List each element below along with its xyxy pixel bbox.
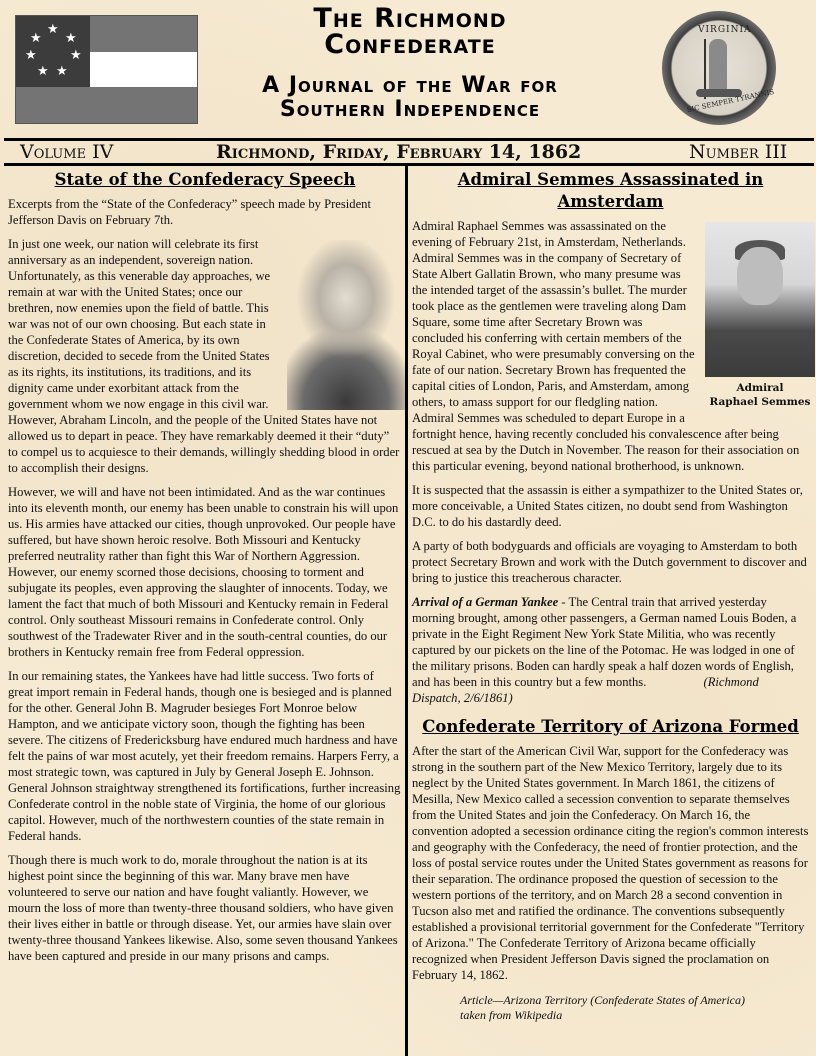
flag-canton: ★ ★ ★ ★ ★ ★ ★ (16, 16, 90, 87)
speech-paragraph: In our remaining states, the Yankees hav… (8, 668, 402, 844)
star-icon: ★ (37, 64, 49, 77)
star-icon: ★ (65, 31, 77, 44)
issue-date: Richmond, Friday, February 14, 1862 (216, 141, 581, 163)
newspaper-subtitle-line2: Southern Independence (200, 98, 620, 122)
seal-top-text: VIRGINIA (698, 25, 752, 35)
speech-paragraph: However, we will and have not been intim… (8, 484, 402, 660)
left-column: State of the Confederacy Speech Excerpts… (8, 169, 402, 972)
speech-paragraph: Though there is much work to do, morale … (8, 852, 402, 964)
photo-caption-line1: Admiral (705, 381, 815, 395)
newspaper-subtitle-line1: A Journal of the War for (200, 74, 620, 98)
headline-semmes-assassinated: Admiral Semmes Assassinated in Amsterdam (412, 169, 809, 213)
column-divider (405, 165, 408, 1056)
attribution-line2: taken from Wikipedia (460, 1008, 809, 1023)
star-icon: ★ (30, 31, 42, 44)
header-rule-bottom (4, 163, 814, 166)
masthead: ★ ★ ★ ★ ★ ★ ★ The Richmond Confederate A… (0, 0, 816, 140)
article-paragraph: It is suspected that the assassin is eit… (412, 482, 809, 530)
speech-intro: Excerpts from the “State of the Confeder… (8, 196, 402, 228)
star-icon: ★ (70, 48, 82, 61)
newspaper-title-line2: Confederate (200, 32, 620, 58)
photo-caption-line2: Raphael Semmes (705, 395, 815, 409)
star-icon: ★ (47, 22, 59, 35)
article-paragraph: A party of both bodyguards and officials… (412, 538, 809, 586)
brief-kicker: Arrival of a German Yankee (412, 595, 558, 609)
headline-arizona-territory: Confederate Territory of Arizona Formed (412, 716, 809, 738)
article-attribution: Article—Arizona Territory (Confederate S… (412, 993, 809, 1023)
semmes-photo-figure: Admiral Raphael Semmes (705, 222, 815, 409)
volume-label: Volume IV (20, 141, 113, 163)
dateline: Volume IV Richmond, Friday, February 14,… (0, 141, 816, 163)
issue-number: Number III (689, 141, 787, 163)
raphael-semmes-portrait (705, 222, 815, 377)
confederate-flag-image: ★ ★ ★ ★ ★ ★ ★ (15, 15, 198, 124)
headline-state-of-confederacy: State of the Confederacy Speech (8, 169, 402, 191)
news-brief: Arrival of a German Yankee - The Central… (412, 594, 809, 706)
star-icon: ★ (56, 64, 68, 77)
article-paragraph: After the start of the American Civil Wa… (412, 743, 809, 983)
jefferson-davis-portrait (287, 240, 405, 410)
virginia-seal-image: VIRGINIA SIC SEMPER TYRANNIS (662, 11, 776, 125)
newspaper-title-block: The Richmond Confederate A Journal of th… (200, 6, 620, 122)
photo-caption: Admiral Raphael Semmes (705, 381, 815, 409)
attribution-line1: Article—Arizona Territory (Confederate S… (460, 993, 809, 1008)
right-column: Admiral Semmes Assassinated in Amsterdam… (412, 169, 809, 1023)
star-icon: ★ (25, 48, 37, 61)
